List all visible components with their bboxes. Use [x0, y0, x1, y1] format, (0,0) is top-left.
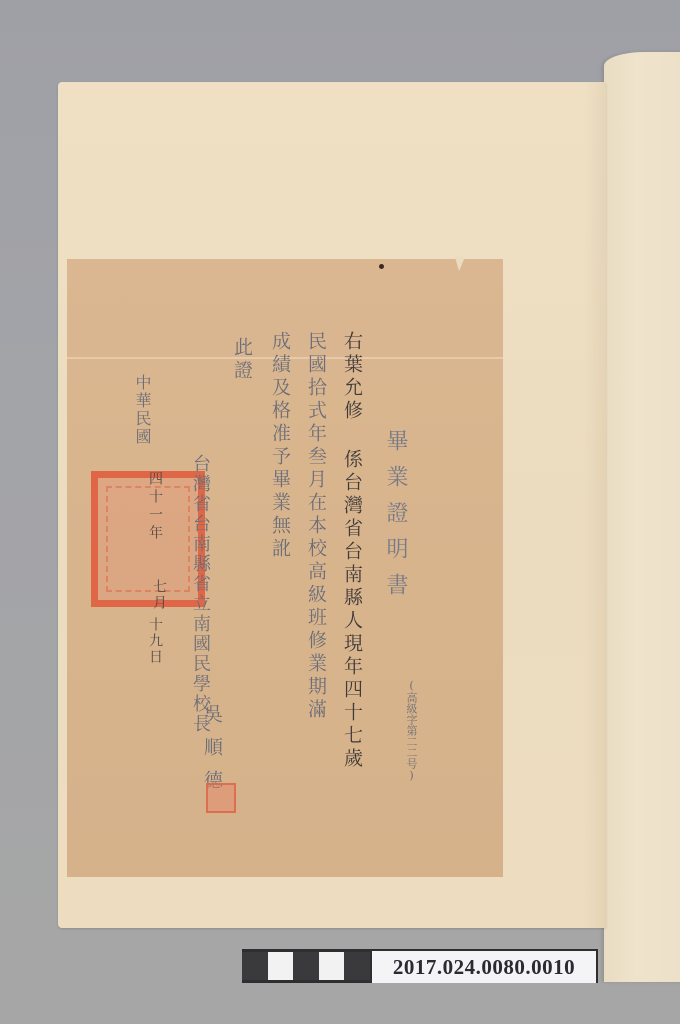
- principal-seal-stamp: [206, 783, 236, 813]
- date-day: 十九日: [145, 617, 165, 665]
- date-era: 中華民國: [131, 374, 154, 446]
- scale-bar: [242, 949, 370, 983]
- paper-tear: [455, 257, 465, 271]
- scale-segment-light: [268, 952, 294, 980]
- accession-number: 2017.024.0080.0010: [372, 951, 596, 983]
- ink-spot: [379, 264, 384, 269]
- date-year: 四十一年: [145, 471, 165, 543]
- certificate-body-line-1: 右葉允修 係台灣省台南縣人現年四十七歲: [339, 331, 366, 771]
- certificate-title: 畢業證明書: [380, 429, 411, 609]
- color-scale-label: 2017.024.0080.0010: [242, 949, 598, 983]
- reference-note: (高級字第二二号): [403, 679, 419, 782]
- scale-segment-light: [319, 952, 345, 980]
- school-title: 台灣省台南縣省立南國民學校長: [187, 454, 213, 734]
- certificate-body-line-3: 成績及格准予畢業無訛: [267, 331, 294, 561]
- right-page: [604, 52, 680, 982]
- scale-segment-dark: [344, 952, 370, 980]
- certificate-body-line-4: 此證: [229, 337, 256, 383]
- scale-segment-dark: [242, 952, 268, 980]
- graduation-certificate: 畢業證明書 (高級字第二二号) 右葉允修 係台灣省台南縣人現年四十七歲 民國拾式…: [67, 259, 503, 877]
- date-month: 七月: [149, 579, 169, 611]
- scale-segment-dark: [293, 952, 319, 980]
- certificate-body-line-2: 民國拾式年叁月在本校高級班修業期滿: [303, 331, 330, 722]
